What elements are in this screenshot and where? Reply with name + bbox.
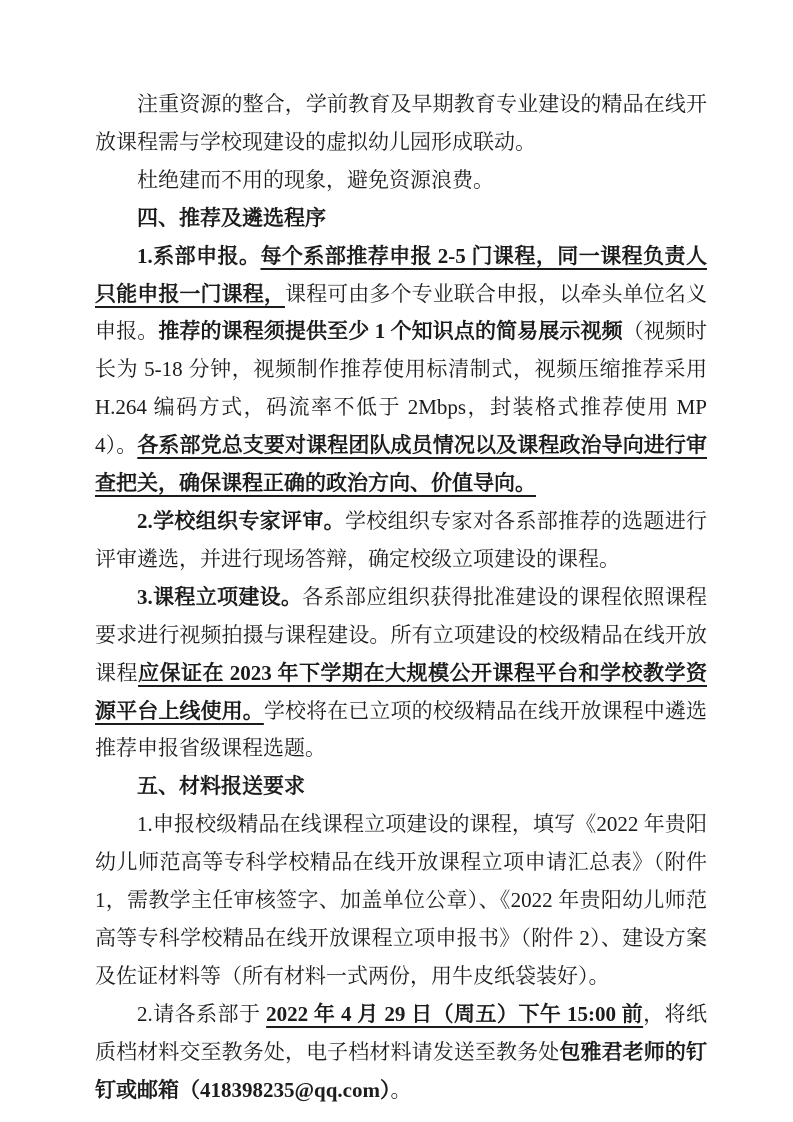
paragraph-avoid-waste: 杜绝建而不用的现象，避免资源浪费。 xyxy=(95,162,707,200)
text-run: 1.系部申报。 xyxy=(137,244,260,268)
text-run-bold: 推荐的课程须提供至少 1 个知识点的简易展示视频 xyxy=(158,319,622,343)
heading-text: 四、推荐及遴选程序 xyxy=(137,206,326,230)
paragraph-resource-integration: 注重资源的整合，学前教育及早期教育专业建设的精品在线开放课程需与学校现建设的虚拟… xyxy=(95,86,707,162)
text-run: 。 xyxy=(390,1078,411,1102)
text-run: 注重资源的整合，学前教育及早期教育专业建设的精品在线开放课程需与学校现建设的虚拟… xyxy=(95,92,707,154)
text-run-deadline: 2022 年 4 月 29 日（周五）下午 15:00 前 xyxy=(266,1002,643,1026)
text-run-bold: 3.课程立项建设。 xyxy=(137,585,302,609)
section-heading-recommendation-procedure: 四、推荐及遴选程序 xyxy=(95,200,707,238)
section-heading-material-submission: 五、材料报送要求 xyxy=(95,768,707,806)
document-page: 注重资源的整合，学前教育及早期教育专业建设的精品在线开放课程需与学校现建设的虚拟… xyxy=(0,0,793,1122)
paragraph-submission-deadline: 2.请各系部于 2022 年 4 月 29 日（周五）下午 15:00 前，将纸… xyxy=(95,996,707,1110)
text-run: 1.申报校级精品在线课程立项建设的课程，填写《2022 年贵阳幼儿师范高等专科学… xyxy=(95,812,707,988)
paragraph-project-establishment: 3.课程立项建设。各系部应组织获得批准建设的课程依照课程要求进行视频拍摄与课程建… xyxy=(95,579,707,769)
text-run: 杜绝建而不用的现象，避免资源浪费。 xyxy=(137,168,494,192)
heading-text: 五、材料报送要求 xyxy=(137,774,305,798)
paragraph-application-materials: 1.申报校级精品在线课程立项建设的课程，填写《2022 年贵阳幼儿师范高等专科学… xyxy=(95,806,707,996)
text-run: 2.请各系部于 xyxy=(137,1002,266,1026)
paragraph-expert-review: 2.学校组织专家评审。学校组织专家对各系部推荐的选题进行评审遴选，并进行现场答辩… xyxy=(95,503,707,579)
text-run-emphasis: 各系部党总支要对课程团队成员情况以及课程政治导向进行审查把关，确保课程正确的政治… xyxy=(95,433,707,495)
paragraph-department-application: 1.系部申报。每个系部推荐申报 2-5 门课程，同一课程负责人只能申报一门课程，… xyxy=(95,238,707,503)
text-run-bold: 2.学校组织专家评审。 xyxy=(137,509,345,533)
